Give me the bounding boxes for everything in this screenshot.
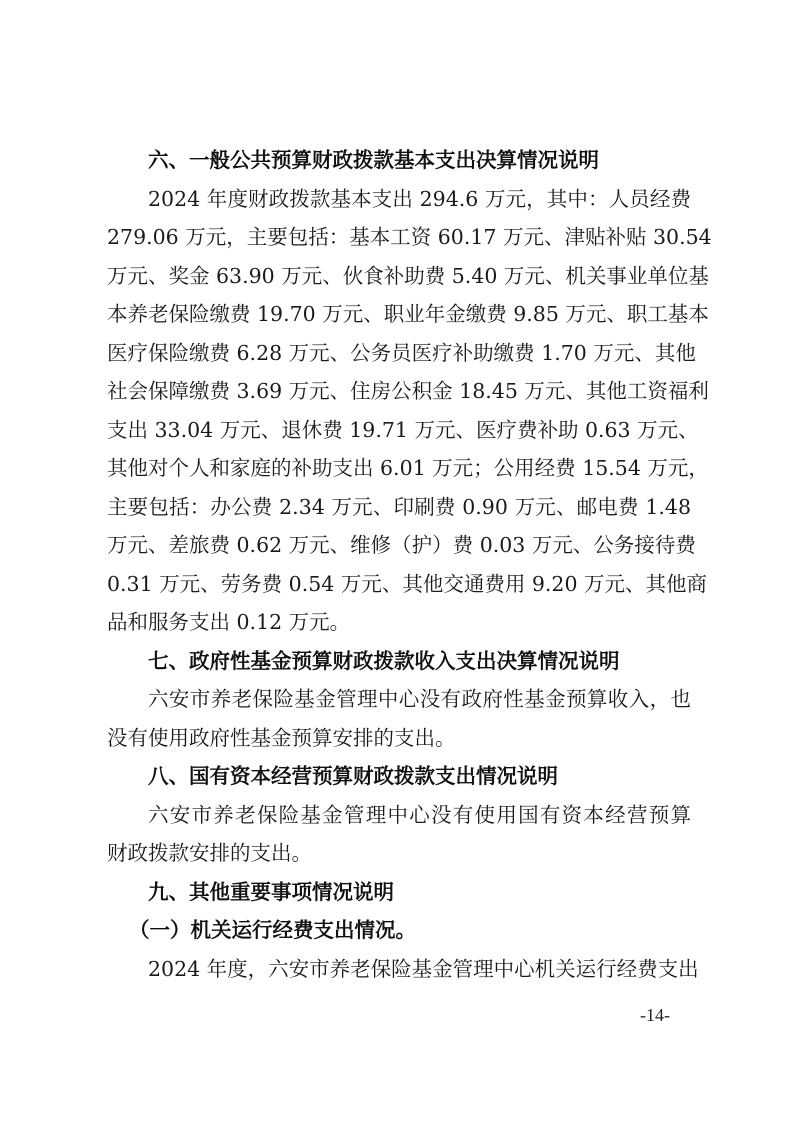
subsection-heading: （一）机关运行经费支出情况。	[129, 915, 416, 945]
paragraph-line: 财政拨款安排的支出。	[107, 838, 691, 868]
paragraph-line: 支出 33.04 万元、退休费 19.71 万元、医疗费补助 0.63 万元、	[107, 415, 691, 445]
paragraph-line: 社会保障缴费 3.69 万元、住房公积金 18.45 万元、其他工资福利	[107, 376, 691, 406]
paragraph-line: 品和服务支出 0.12 万元。	[107, 607, 691, 637]
paragraph-line: 万元、差旅费 0.62 万元、维修（护）费 0.03 万元、公务接待费	[107, 530, 691, 560]
paragraph-line: 2024 年度，六安市养老保险基金管理中心机关运行经费支出	[148, 954, 696, 984]
paragraph-line: 六安市养老保险基金管理中心没有使用国有资本经营预算	[148, 800, 691, 830]
paragraph-line: 万元、奖金 63.90 万元、伙食补助费 5.40 万元、机关事业单位基	[107, 261, 691, 291]
paragraph-line: 医疗保险缴费 6.28 万元、公务员医疗补助缴费 1.70 万元、其他	[107, 338, 691, 368]
paragraph-line: 本养老保险缴费 19.70 万元、职业年金缴费 9.85 万元、职工基本	[107, 299, 691, 329]
paragraph-line: 六安市养老保险基金管理中心没有政府性基金预算收入，也	[148, 684, 691, 714]
paragraph-line: 没有使用政府性基金预算安排的支出。	[107, 723, 691, 753]
paragraph-line: 其他对个人和家庭的补助支出 6.01 万元；公用经费 15.54 万元，	[107, 453, 691, 483]
section-heading-seven: 七、政府性基金预算财政拨款收入支出决算情况说明	[148, 646, 620, 676]
section-heading-nine: 九、其他重要事项情况说明	[148, 877, 394, 907]
paragraph-line: 279.06 万元，主要包括：基本工资 60.17 万元、津贴补贴 30.54	[107, 222, 691, 252]
section-heading-six: 六、一般公共预算财政拨款基本支出决算情况说明	[148, 145, 599, 175]
paragraph-line: 0.31 万元、劳务费 0.54 万元、其他交通费用 9.20 万元、其他商	[107, 569, 691, 599]
paragraph-line: 主要包括：办公费 2.34 万元、印刷费 0.90 万元、邮电费 1.48	[107, 492, 691, 522]
page-number: -14-	[640, 1005, 670, 1026]
section-heading-eight: 八、国有资本经营预算财政拨款支出情况说明	[148, 761, 558, 791]
paragraph-line: 2024 年度财政拨款基本支出 294.6 万元，其中：人员经费	[148, 184, 691, 214]
